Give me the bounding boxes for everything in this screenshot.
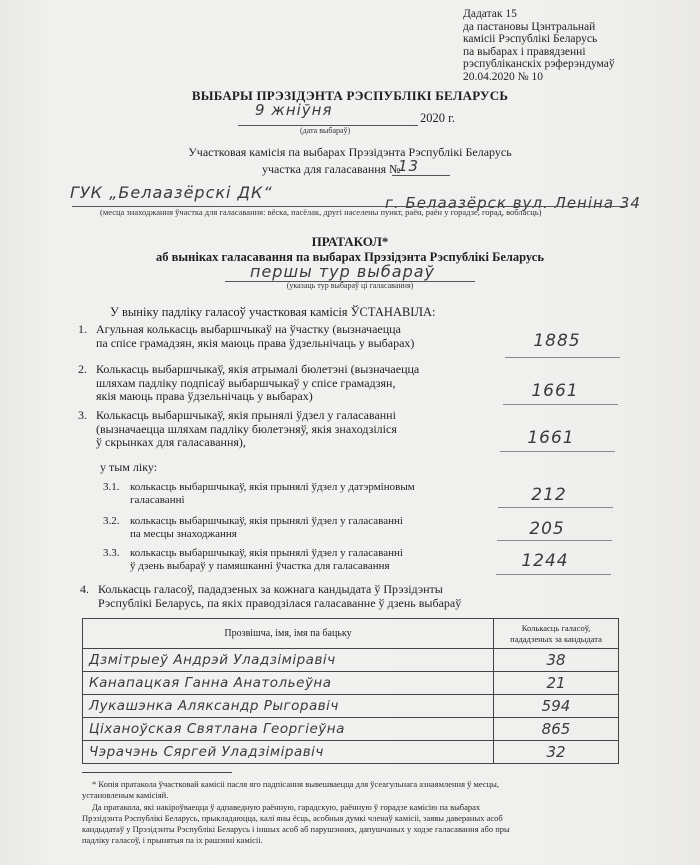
- value-underline: [500, 451, 615, 452]
- election-title: ВЫБАРЫ ПРЭЗІДЭНТА РЭСПУБЛІКІ БЕЛАРУСЬ: [0, 88, 700, 104]
- subitem-text-line: колькасць выбаршчыкаў, якія прынялі ўдзе…: [130, 515, 403, 528]
- subitem-text-line: ў дзень выбараў у памяшканні ўчастка для…: [130, 560, 403, 573]
- candidate-name: Чэрачэнь Сяргей Уладзіміравіч: [83, 741, 494, 764]
- value-underline: [505, 357, 620, 358]
- item-total-voters: 1. Агульная колькасць выбаршчыкаў на ўча…: [78, 323, 498, 353]
- header-votes-line: пададзеных за кандыдата: [494, 634, 618, 645]
- election-year: 2020 г.: [420, 111, 455, 126]
- item-text-line: (вызначаецца шляхам падліку бюлетэняў, я…: [96, 423, 397, 437]
- place-caption: (месца знаходжання ўчастка для галасаван…: [100, 207, 541, 217]
- subitem-election-day-voting: 3.3. колькасць выбаршчыкаў, якія прынялі…: [103, 547, 503, 573]
- item-text-line: якія маюць права ўдзельнічаць у выбарах): [96, 390, 419, 404]
- subitem-text-line: колькасць выбаршчыкаў, якія прынялі ўдзе…: [130, 481, 415, 494]
- election-date-handwritten: 9 жніўня: [255, 101, 333, 119]
- item-number: 4.: [80, 583, 89, 597]
- table-row: Канапацкая Ганна Анатольеўна 21: [83, 672, 619, 695]
- candidate-votes: 21: [494, 672, 619, 695]
- including-label: у тым ліку:: [100, 460, 157, 475]
- round-handwritten: першы тур выбараў: [250, 262, 435, 281]
- precinct-underline: [392, 175, 450, 176]
- round-caption: (указаць тур выбараў ці галасавання): [0, 281, 700, 290]
- precinct-number: 13: [398, 157, 419, 175]
- value-election-day-voting: 1244: [490, 551, 600, 571]
- item-text-line: Колькасць галасоў, пададзеных за кожнага…: [98, 583, 461, 597]
- candidates-table: Прозвішча, імя, імя па бацьку Колькасць …: [82, 618, 619, 764]
- subitem-early-voting: 3.1. колькасць выбаршчыкаў, якія прынялі…: [103, 481, 503, 507]
- subitem-number: 3.2.: [103, 515, 120, 528]
- item-text-line: шляхам падліку подпісаў выбаршчыкаў у сп…: [96, 377, 419, 391]
- appendix-line: Дадатак 15: [463, 8, 615, 21]
- place-handwritten-venue: ГУК „Белаазёрскі ДК“: [70, 183, 273, 202]
- value-total-voters: 1885: [502, 331, 612, 351]
- candidate-votes: 594: [494, 695, 619, 718]
- date-caption: (дата выбараў): [300, 126, 350, 135]
- candidate-name: Лукашэнка Аляксандр Рыгоравіч: [83, 695, 494, 718]
- item-text-line: Колькасць выбаршчыкаў, якія прынялі ўдзе…: [96, 409, 397, 423]
- subitem-number: 3.1.: [103, 481, 120, 494]
- footnote-line: установленым камісіяй.: [82, 790, 168, 801]
- item-number: 2.: [78, 363, 87, 377]
- appendix-line: да пастановы Цэнтральнай: [463, 21, 615, 34]
- value-ballots-received: 1661: [500, 381, 610, 401]
- item-text-line: Колькасць выбаршчыкаў, якія атрымалі бюл…: [96, 363, 419, 377]
- established-heading: У выніку падліку галасоў участковая камі…: [110, 305, 435, 320]
- table-row: Ціханоўская Святлана Георгіеўна 865: [83, 718, 619, 741]
- value-underline: [497, 540, 612, 541]
- table-header-row: Прозвішча, імя, імя па бацьку Колькасць …: [83, 619, 619, 649]
- header-votes: Колькасць галасоў, пададзеных за кандыда…: [494, 619, 619, 649]
- subitem-text-line: колькасць выбаршчыкаў, якія прынялі ўдзе…: [130, 547, 403, 560]
- item-number: 3.: [78, 409, 87, 423]
- candidate-name: Канапацкая Ганна Анатольеўна: [83, 672, 494, 695]
- item-ballots-received: 2. Колькасць выбаршчыкаў, якія атрымалі …: [78, 363, 498, 405]
- item-number: 1.: [78, 323, 87, 337]
- appendix-line: 20.04.2020 № 10: [463, 71, 615, 84]
- value-underline: [503, 404, 618, 405]
- subitem-number: 3.3.: [103, 547, 120, 560]
- appendix-reference: Дадатак 15 да пастановы Цэнтральнай камі…: [463, 8, 615, 84]
- table-row: Дзмітрыеў Андрэй Уладзіміравіч 38: [83, 649, 619, 672]
- item-text-line: Рэспублікі Беларусь, па якіх праводзілас…: [98, 597, 461, 611]
- value-underline: [498, 507, 613, 508]
- header-votes-line: Колькасць галасоў,: [494, 623, 618, 634]
- value-underline: [496, 574, 611, 575]
- subitem-text-line: па месцы знаходжання: [130, 528, 403, 541]
- appendix-line: рэспубліканскіх рэферэндумаў: [463, 58, 615, 71]
- candidate-votes: 38: [494, 649, 619, 672]
- footnote-line: падліку галасоў, і прынятыя па іх рашэнн…: [82, 835, 263, 846]
- item-text-line: Агульная колькасць выбаршчыкаў на ўчастк…: [96, 323, 414, 337]
- header-candidate-name: Прозвішча, імя, імя па бацьку: [83, 619, 494, 649]
- footnote-divider: [82, 772, 232, 773]
- precinct-label: участка для галасавання №: [262, 162, 401, 177]
- footnote-line: Да пратакола, які накіроўваецца ў адпаве…: [92, 802, 480, 813]
- commission-name: Участковая камісія па выбарах Прэзідэнта…: [0, 145, 700, 160]
- value-early-voting: 212: [494, 485, 604, 505]
- item-votes-per-candidate: 4. Колькасць галасоў, пададзеных за кожн…: [80, 583, 550, 613]
- subitem-text-line: галасаванні: [130, 494, 415, 507]
- appendix-line: па выбарах і правядзенні: [463, 46, 615, 59]
- footnote-line: кандыдатаў у Прэзідэнты Рэспублікі Белар…: [82, 824, 510, 835]
- footnote-line: * Копія пратакола ўчастковай камісіі пас…: [92, 779, 499, 790]
- item-text-line: ў скрынках для галасавання),: [96, 436, 397, 450]
- table-row: Чэрачэнь Сяргей Уладзіміравіч 32: [83, 741, 619, 764]
- candidate-votes: 865: [494, 718, 619, 741]
- value-home-voting: 205: [492, 519, 602, 539]
- candidate-votes: 32: [494, 741, 619, 764]
- appendix-line: камісіі Рэспублікі Беларусь: [463, 33, 615, 46]
- protocol-title: ПРАТАКОЛ*: [0, 234, 700, 250]
- candidate-name: Дзмітрыеў Андрэй Уладзіміравіч: [83, 649, 494, 672]
- item-text-line: па спісе грамадзян, якія маюць права ўдз…: [96, 337, 414, 351]
- table-row: Лукашэнка Аляксандр Рыгоравіч 594: [83, 695, 619, 718]
- item-participated: 3. Колькасць выбаршчыкаў, якія прынялі ў…: [78, 409, 498, 451]
- subitem-home-voting: 3.2. колькасць выбаршчыкаў, якія прынялі…: [103, 515, 503, 541]
- value-participated: 1661: [496, 428, 606, 448]
- footnote-line: Прэзідэнта Рэспублікі Беларусь, прыклада…: [82, 813, 503, 824]
- candidate-name: Ціханоўская Святлана Георгіеўна: [83, 718, 494, 741]
